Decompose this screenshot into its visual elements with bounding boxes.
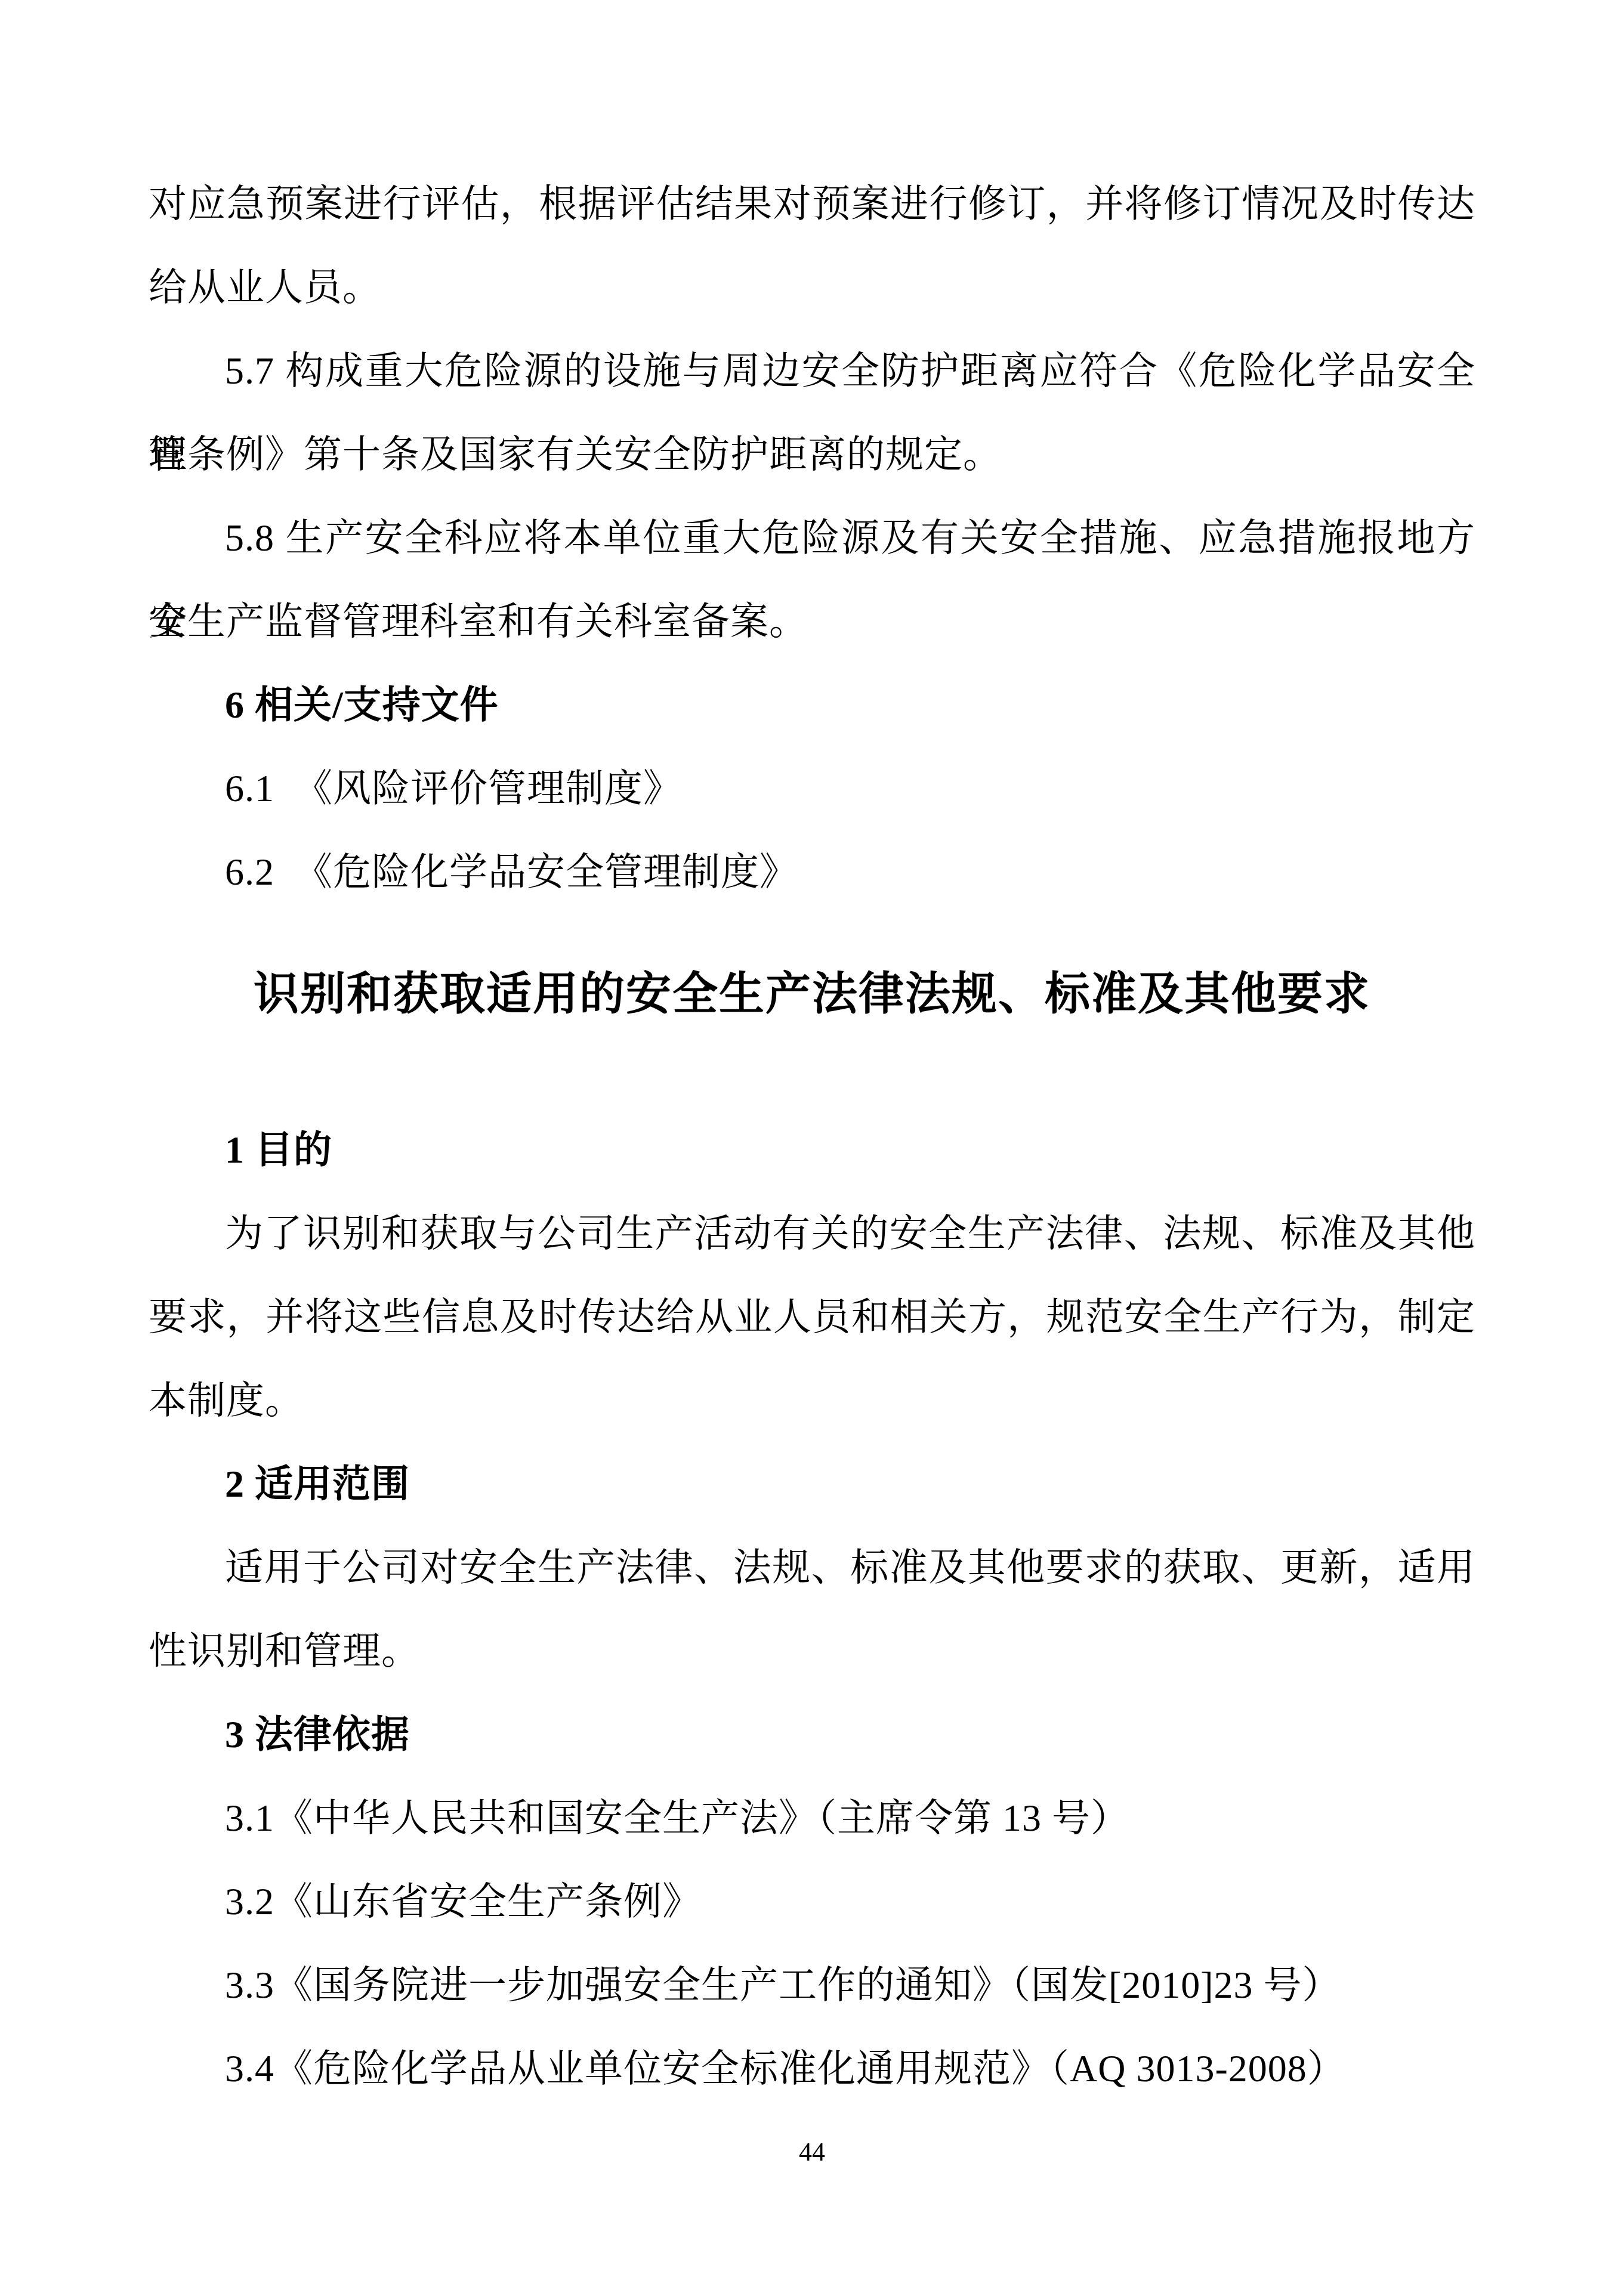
document-page: 对应急预案进行评估，根据评估结果对预案进行修订，并将修订情况及时传达 给从业人员… <box>0 0 1624 2296</box>
section-6-item-6-2: 6.2 《危险化学品安全管理制度》 <box>149 830 1475 914</box>
para-5-6-continuation-line-2: 给从业人员。 <box>149 246 1475 329</box>
section-1-heading: 1 目的 <box>149 1108 1475 1192</box>
para-5-8-line-2: 全生产监督管理科室和有关科室备案。 <box>149 580 1475 663</box>
section-3-heading: 3 法律依据 <box>149 1693 1475 1776</box>
para-5-7-line-2: 理条例》第十条及国家有关安全防护距离的规定。 <box>149 413 1475 496</box>
section-1-para-line-1: 为了识别和获取与公司生产活动有关的安全生产法律、法规、标准及其他 <box>149 1192 1475 1275</box>
para-5-8-line-1: 5.8 生产安全科应将本单位重大危险源及有关安全措施、应急措施报地方安 <box>149 496 1475 580</box>
section-1-para-line-2: 要求，并将这些信息及时传达给从业人员和相关方，规范安全生产行为，制定 <box>149 1275 1475 1359</box>
section-2-heading: 2 适用范围 <box>149 1442 1475 1526</box>
para-5-6-continuation-line-1: 对应急预案进行评估，根据评估结果对预案进行修订，并将修订情况及时传达 <box>149 162 1475 246</box>
section-3-item-3-2: 3.2《山东省安全生产条例》 <box>149 1860 1475 1943</box>
section-2-para-line-2: 性识别和管理。 <box>149 1609 1475 1693</box>
section-2-para-line-1: 适用于公司对安全生产法律、法规、标准及其他要求的获取、更新，适用 <box>149 1526 1475 1609</box>
section-1-para-line-3: 本制度。 <box>149 1359 1475 1442</box>
section-3-item-3-1: 3.1《中华人民共和国安全生产法》（主席令第 13 号） <box>149 1776 1475 1860</box>
chapter-title: 识别和获取适用的安全生产法律法规、标准及其他要求 <box>149 962 1475 1027</box>
para-5-7-line-1: 5.7 构成重大危险源的设施与周边安全防护距离应符合《危险化学品安全管 <box>149 329 1475 413</box>
page-body: 对应急预案进行评估，根据评估结果对预案进行修订，并将修订情况及时传达 给从业人员… <box>0 0 1624 2110</box>
page-number: 44 <box>0 2134 1624 2170</box>
section-6-heading: 6 相关/支持文件 <box>149 663 1475 747</box>
section-6-item-6-1: 6.1 《风险评价管理制度》 <box>149 747 1475 830</box>
section-3-item-3-4: 3.4《危险化学品从业单位安全标准化通用规范》（AQ 3013-2008） <box>149 2027 1475 2110</box>
section-3-item-3-3: 3.3《国务院进一步加强安全生产工作的通知》（国发[2010]23 号） <box>149 1943 1475 2027</box>
